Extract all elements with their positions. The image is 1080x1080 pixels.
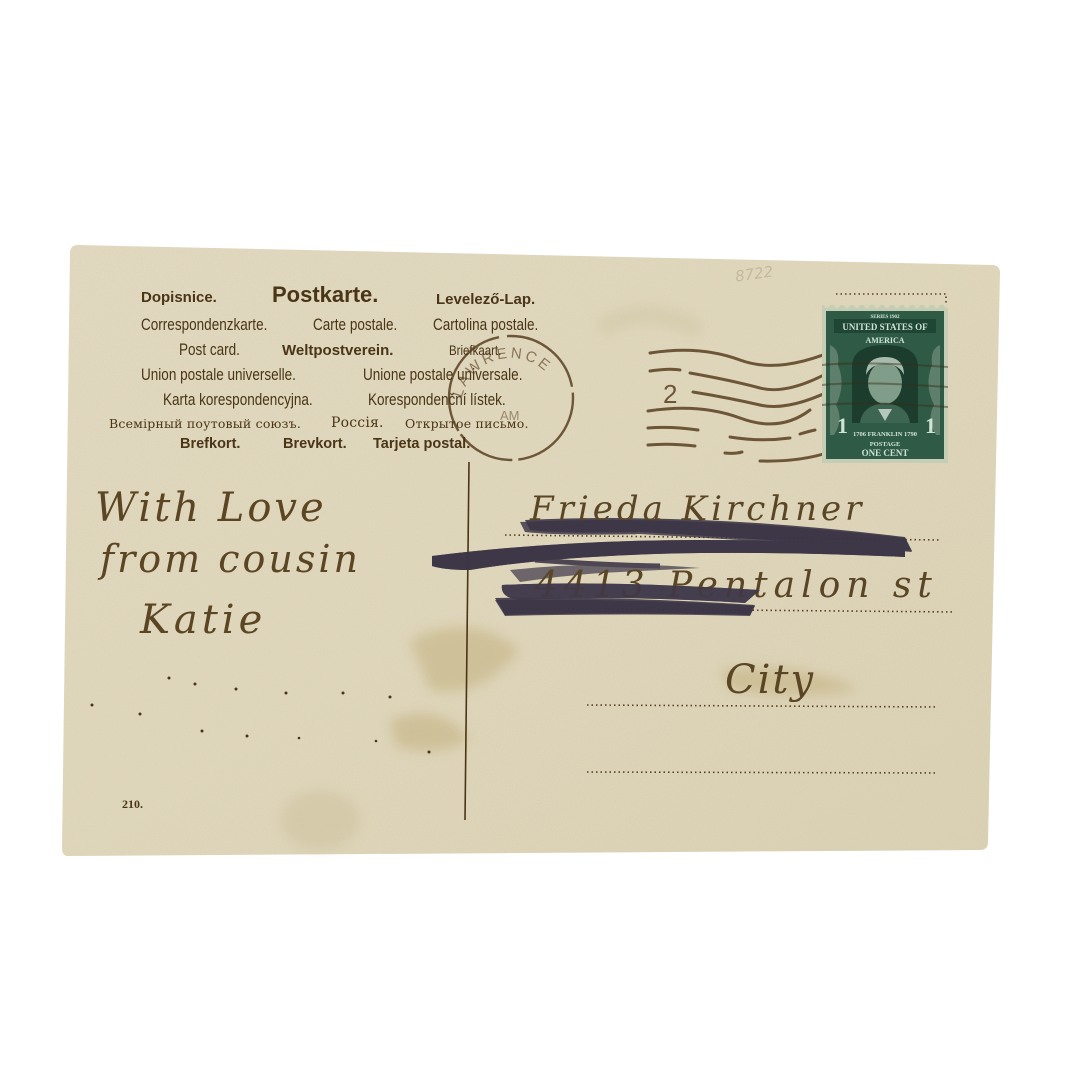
- postcard-photo: 2 LAWRENCE AM Dopisnice. Postkarte. Leve…: [0, 0, 1080, 1080]
- dot-pattern: [0, 0, 1080, 1080]
- address-line-1-crossed: Frieda Kirchner: [530, 492, 865, 526]
- postage-stamp: SERIES 1902 UNITED STATES OF AMERICA 1 1…: [822, 305, 948, 463]
- stamp-value: ONE CENT: [862, 448, 909, 458]
- stamp-series: SERIES 1902: [870, 315, 900, 320]
- stamp-country-2: AMERICA: [865, 336, 904, 345]
- stamp-denomination-left: 1: [837, 413, 848, 438]
- stamp-country: UNITED STATES OF: [842, 322, 928, 332]
- stamp-postage: POSTAGE: [870, 441, 901, 448]
- address-line-2-crossed: 4413 Pentalon st: [535, 568, 938, 604]
- stamp-franklin: 1706 FRANKLIN 1790: [853, 431, 917, 438]
- address-city: City: [725, 660, 815, 700]
- stamp-denomination-right: 1: [925, 413, 936, 438]
